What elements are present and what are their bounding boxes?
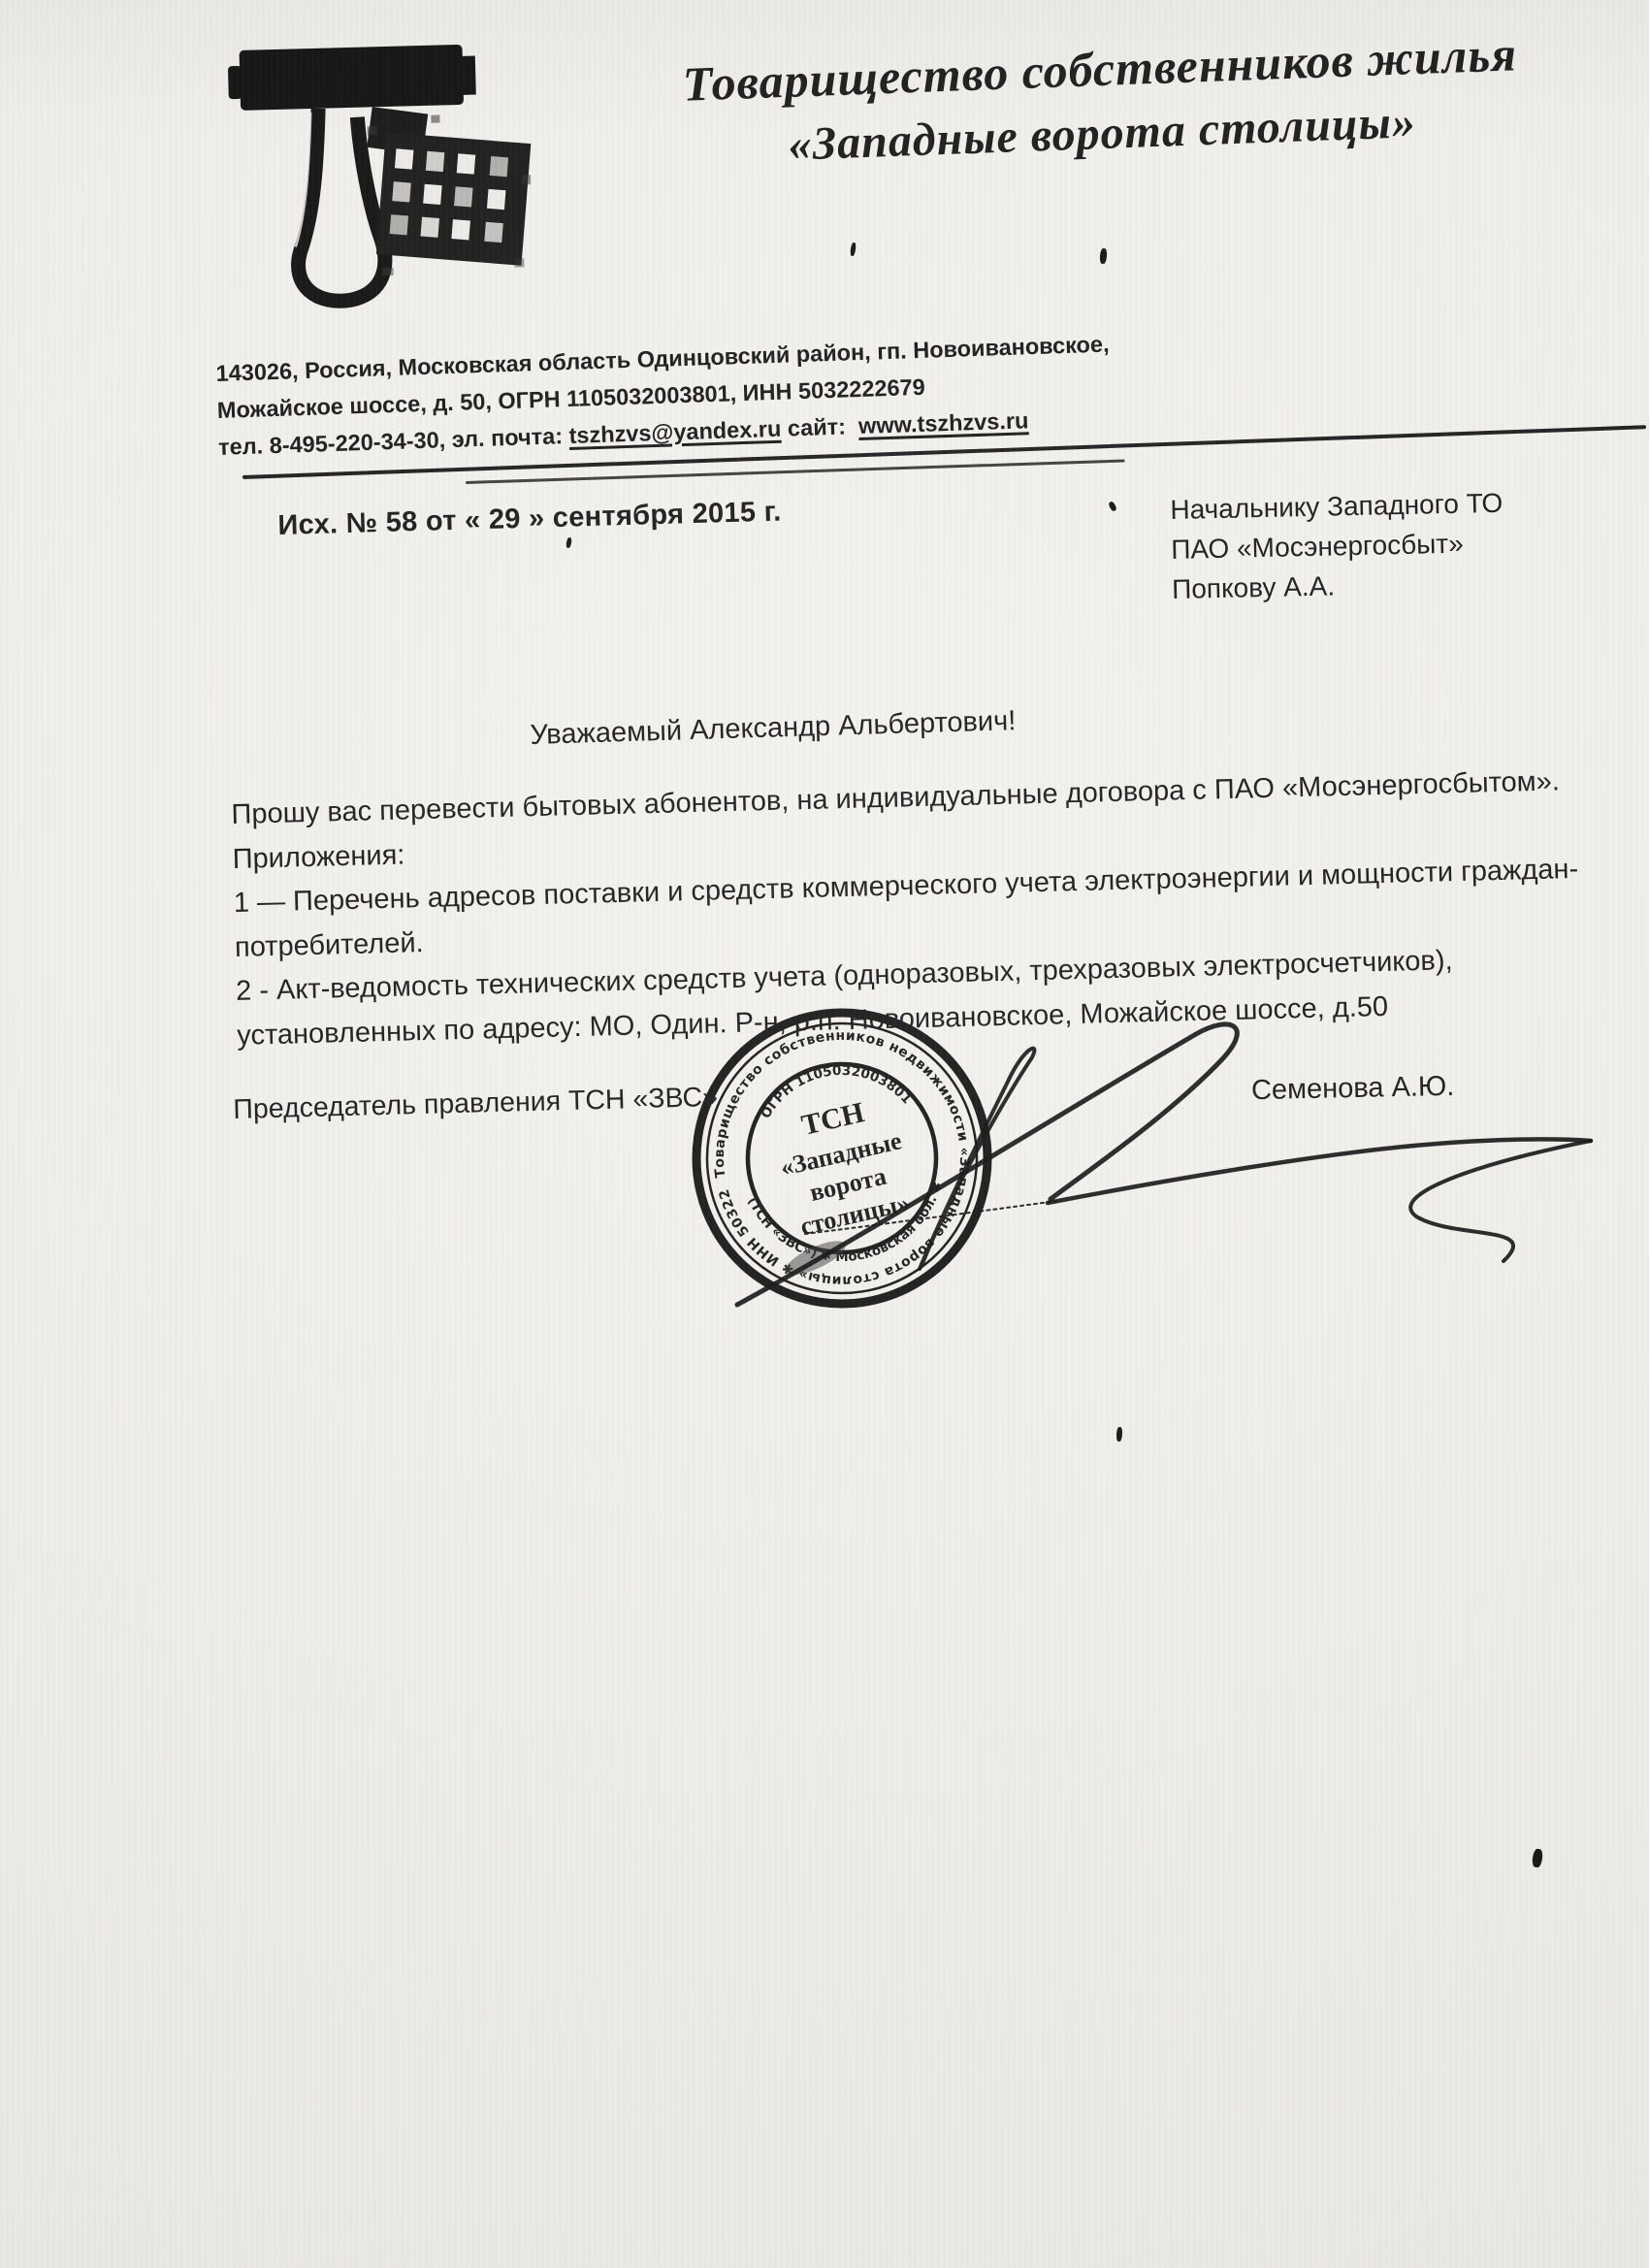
ink-speck xyxy=(1108,501,1117,512)
site-label: сайт: xyxy=(781,413,859,441)
pixelated-building-emblem xyxy=(366,103,534,276)
outgoing-ref-line: Исх. № 58 от « 29 » сентября 2015 г. xyxy=(277,497,782,542)
ink-speck xyxy=(850,243,857,257)
handwritten-signature xyxy=(648,978,1630,1395)
salutation: Уважаемый Александр Альбертович! xyxy=(530,705,1017,752)
ink-speck xyxy=(566,537,572,549)
recipient-block: Начальнику Западного ТО ПАО «Мосэнергосб… xyxy=(1170,483,1504,609)
recipient-line-2: ПАО «Мосэнергосбыт» xyxy=(1171,523,1504,569)
site-link: www.tszhzvs.ru xyxy=(858,407,1029,438)
binder-clip-logo xyxy=(221,29,551,327)
signer-role: Председатель правления ТСН «ЗВС» xyxy=(233,1082,718,1126)
phone-and-email-label: тел. 8-495-220-34-30, эл. почта: xyxy=(218,423,569,460)
ink-speck xyxy=(1532,1848,1544,1867)
scanned-letter-page: Товарищество собственников жилья «Западн… xyxy=(0,0,1649,2268)
letterhead-contacts: 143026, Россия, Московская область Одинц… xyxy=(215,325,1113,465)
email-link: tszhzvs@yandex.ru xyxy=(568,416,782,448)
recipient-line-1: Начальнику Западного ТО xyxy=(1170,483,1503,530)
ink-speck xyxy=(1099,248,1107,265)
letterhead-title: Товарищество собственников жилья «Западн… xyxy=(580,21,1622,178)
recipient-line-3: Попкову А.А. xyxy=(1172,563,1505,609)
ink-speck xyxy=(1115,1427,1122,1442)
